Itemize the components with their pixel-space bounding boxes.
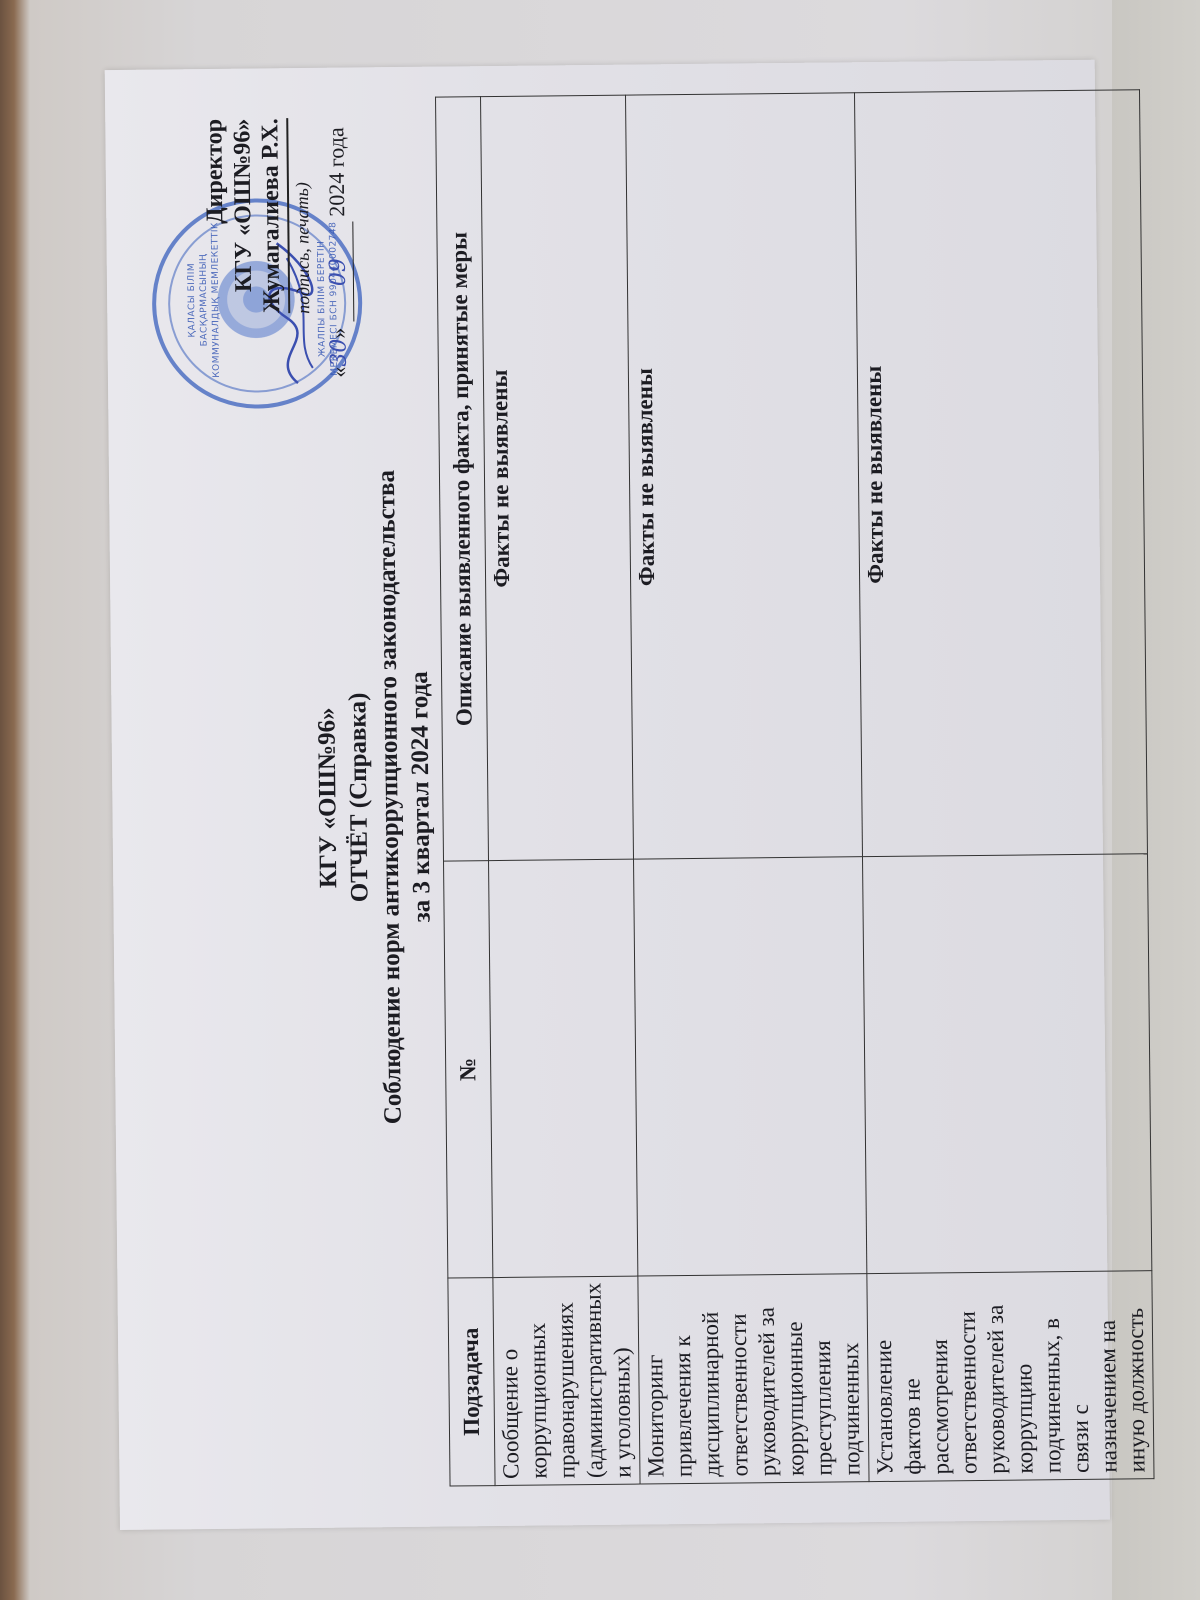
description-cell: Факты не выявлены (854, 90, 1147, 857)
number-cell (634, 857, 867, 1276)
column-header-description: Описание выявленного факта, принятые мер… (436, 97, 489, 862)
table-row: Мониторинг привлечения к дисциплинарной … (626, 93, 870, 1484)
approver-organization: КГУ «ОШ№96» (228, 118, 259, 378)
column-header-number: № (444, 861, 493, 1278)
subtask-cell: Сообщение о коррупционных правонарушения… (493, 1276, 640, 1486)
report-table: Подзадача № Описание выявленного факта, … (435, 89, 1155, 1486)
column-header-subtask: Подзадача (448, 1277, 495, 1486)
subtask-cell: Мониторинг привлечения к дисциплинарной … (638, 1273, 869, 1484)
document-page: ҚАЛАСЫ БІЛІМ БАСҚАРМАСЫНЫҢ КОММУНАЛДЫҚ М… (105, 60, 1110, 1530)
document-header: КГУ «ОШ№96» ОТЧЁТ (Справка) Соблюдение н… (305, 67, 444, 1528)
table-row: Сообщение о коррупционных правонарушения… (481, 95, 641, 1485)
approver-name: Жумагалиева Р.Х. (256, 118, 290, 313)
subtask-cell: Установление фактов не рассмотрения отве… (867, 1270, 1154, 1481)
description-cell: Факты не выявлены (481, 95, 634, 861)
approver-position: Директор (200, 119, 231, 379)
number-cell (489, 859, 638, 1277)
number-cell (862, 854, 1151, 1273)
table-row: Установление фактов не рассмотрения отве… (854, 90, 1154, 1482)
description-cell: Факты не выявлены (626, 93, 863, 860)
